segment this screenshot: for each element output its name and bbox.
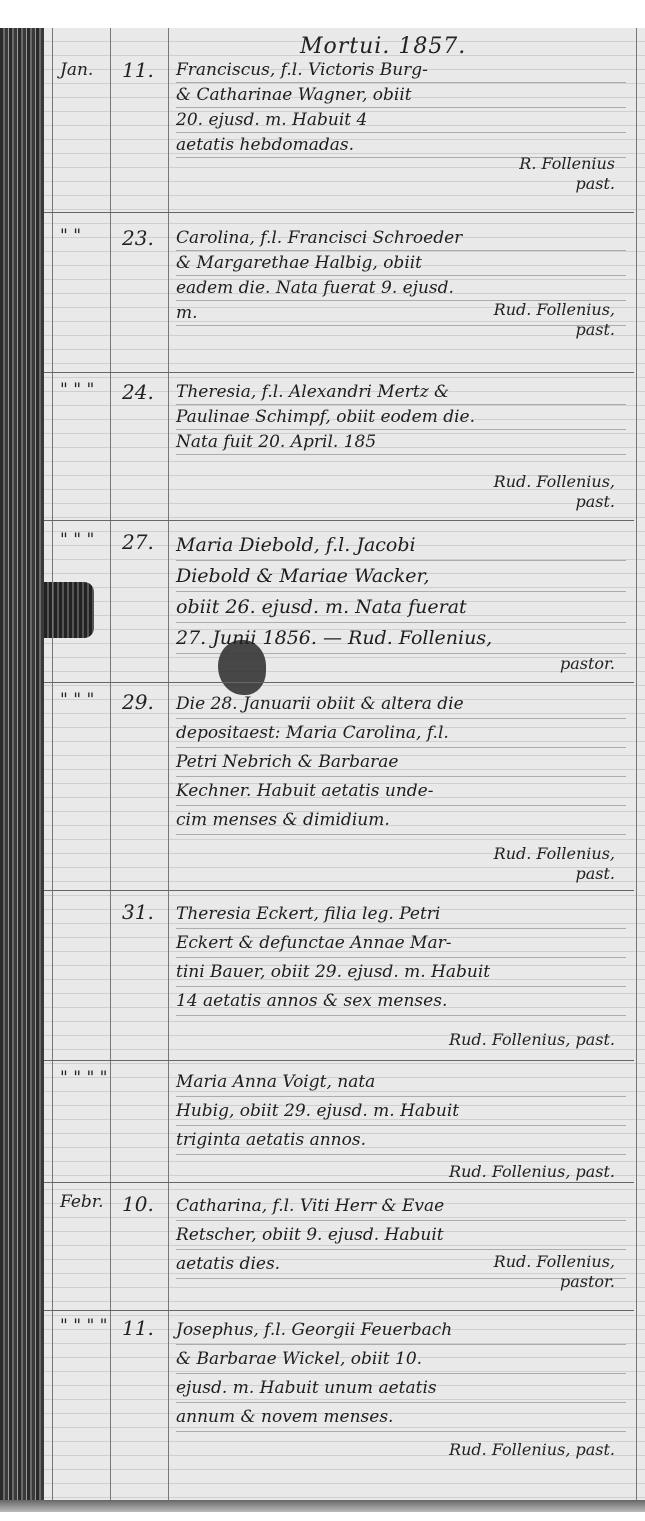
entry-divider	[44, 1310, 634, 1311]
entry-signature: Rud. Follenius, past.	[449, 1030, 615, 1050]
entry-day: 24.	[122, 380, 154, 404]
entry-divider	[44, 520, 634, 521]
entry-text: Theresia, f.l. Alexandri Mertz & Paulina…	[176, 380, 626, 455]
entry-signature: R. Follenius past.	[519, 154, 615, 194]
entry-text: Theresia Eckert, filia leg. Petri Eckert…	[176, 900, 626, 1016]
entry-month: " " "	[60, 380, 94, 400]
book-spine	[0, 28, 44, 1510]
entry-day: 29.	[122, 690, 154, 714]
column-rule	[110, 28, 111, 1510]
entry-divider	[44, 682, 634, 683]
entry-month: " "	[60, 226, 81, 246]
entry-text: Die 28. Januarii obiit & altera die depo…	[176, 690, 626, 835]
entry-divider	[44, 372, 634, 373]
entry-divider	[44, 890, 634, 891]
entry-signature: Rud. Follenius, past.	[494, 300, 615, 340]
entry-day: 27.	[122, 530, 154, 554]
entry-divider	[44, 212, 634, 213]
entry-month: " " "	[60, 690, 94, 710]
entry-day: 11.	[122, 58, 154, 82]
entry-month: Jan.	[60, 60, 93, 80]
entry-day: 23.	[122, 226, 154, 250]
entry-signature: Rud. Follenius, past.	[449, 1440, 615, 1460]
entry-month: " " " "	[60, 1068, 108, 1088]
entry-month: " " " "	[60, 1316, 108, 1336]
page-edge	[0, 1500, 645, 1512]
entry-signature: pastor.	[560, 654, 615, 674]
entry-signature: Rud. Follenius, pastor.	[494, 1252, 615, 1292]
entry-month: Febr.	[60, 1192, 103, 1212]
entry-text: Maria Anna Voigt, nata Hubig, obiit 29. …	[176, 1068, 626, 1155]
entry-signature: Rud. Follenius, past.	[449, 1162, 615, 1182]
column-rule	[168, 28, 169, 1510]
entry-signature: Rud. Follenius, past.	[494, 844, 615, 884]
entry-divider	[44, 1182, 634, 1183]
entry-divider	[44, 1060, 634, 1061]
register-title: Mortui. 1857.	[300, 34, 466, 59]
entry-text: Josephus, f.l. Georgii Feuerbach & Barba…	[176, 1316, 626, 1432]
column-rule	[636, 28, 637, 1510]
entry-text: Franciscus, f.l. Victoris Burg- & Cathar…	[176, 58, 626, 158]
entry-day: 31.	[122, 900, 154, 924]
column-rule	[52, 28, 53, 1510]
entry-text: Maria Diebold, f.l. Jacobi Diebold & Mar…	[176, 530, 626, 654]
entry-day: 11.	[122, 1316, 154, 1340]
entry-signature: Rud. Follenius, past.	[494, 472, 615, 512]
entry-month: " " "	[60, 530, 94, 550]
entry-day: 10.	[122, 1192, 154, 1216]
